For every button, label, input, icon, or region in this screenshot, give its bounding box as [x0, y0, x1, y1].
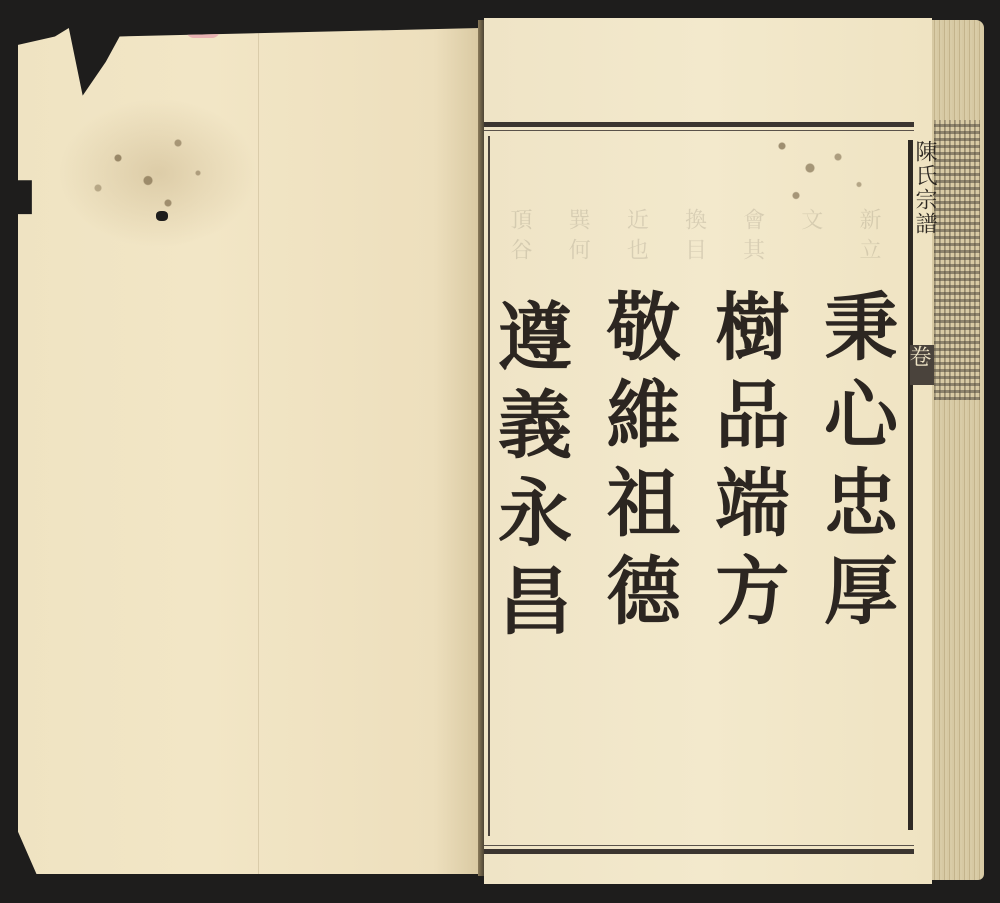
- worm-hole: [156, 211, 168, 221]
- generation-poem: 秉心忠厚 樹品端方 敬維祖德 遵義永昌: [492, 288, 892, 708]
- poem-column-2: 樹品端方: [709, 288, 783, 708]
- banxin-volume: 卷: [910, 345, 934, 385]
- edge-ink-marks: [934, 120, 980, 400]
- foxing-stains: [58, 98, 258, 248]
- poem-column-4: 遵義永昌: [492, 298, 566, 708]
- left-blank-page: [18, 28, 480, 874]
- paper-fold-line: [258, 28, 259, 874]
- pink-seal-mark: [186, 28, 220, 38]
- poem-column-3: 敬維祖德: [601, 288, 675, 708]
- right-printed-page: 新立 文 會其 換目 近也 巽何 頂谷 秉心忠厚 樹品端方 敬維祖德 遵義永昌: [484, 18, 932, 884]
- poem-column-1: 秉心忠厚: [818, 288, 892, 708]
- open-book: 新立 文 會其 換目 近也 巽何 頂谷 秉心忠厚 樹品端方 敬維祖德 遵義永昌 …: [0, 0, 1000, 903]
